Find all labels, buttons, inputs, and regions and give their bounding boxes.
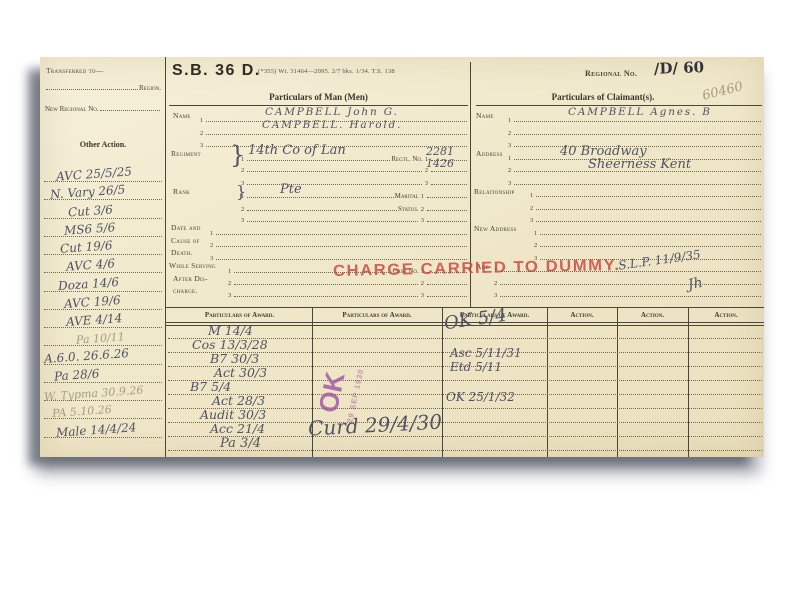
grid-column-divider xyxy=(617,307,618,457)
rank-label: Rank xyxy=(173,188,190,196)
claimant-name-line-2: 2 xyxy=(506,131,762,136)
dotted-leader xyxy=(234,284,418,285)
row-number: 3 xyxy=(423,181,430,186)
rank-line-3: 33 xyxy=(239,218,468,223)
relationship-label: Relationship xyxy=(474,188,515,196)
dotted-leader xyxy=(540,246,761,247)
award-entry: Pa 3/4 xyxy=(220,437,261,450)
claimant-name-value: CAMPBELL Agnes. B xyxy=(568,107,712,118)
award-entry: Etd 5/11 xyxy=(450,361,502,373)
grid-top-rule xyxy=(165,307,764,308)
claimant-panel-title: Particulars of Claimant(s). xyxy=(478,93,728,102)
ruled-line xyxy=(44,218,162,219)
dotted-leader xyxy=(431,171,467,172)
row-number: 2 xyxy=(419,281,426,286)
row-number: 2 xyxy=(419,207,426,212)
award-entry: Act 28/3 xyxy=(212,395,265,408)
dotted-leader xyxy=(427,197,467,198)
row-number: 3 xyxy=(506,143,513,148)
award-entry: B7 5/4 xyxy=(190,381,231,394)
row-number: 3 xyxy=(226,293,233,298)
dotted-leader xyxy=(536,196,761,197)
dotted-leader xyxy=(216,234,467,235)
new-address-line-1: 1 xyxy=(532,231,762,236)
award-note: Curd 29/4/30 xyxy=(308,412,443,439)
charge-carried-stamp: CHARGE CARRIED TO DUMMY. xyxy=(333,258,621,280)
age-line-2: 2 xyxy=(492,281,762,286)
dotted-leader xyxy=(100,110,160,111)
dotted-leader xyxy=(247,221,418,222)
action-column-header: Action. xyxy=(617,312,688,319)
row-number: 3 xyxy=(198,143,205,148)
rank-line-1: 1Marital1 xyxy=(239,193,468,199)
dotted-leader xyxy=(216,259,467,260)
record-card: Transferred to— Region. New Regional No.… xyxy=(40,57,764,457)
row-number: 1 xyxy=(506,156,513,161)
relationship-line-3: 3 xyxy=(528,218,762,223)
death-line-2: 2 xyxy=(208,243,468,248)
row-number: 3 xyxy=(492,293,499,298)
row-number: 2 xyxy=(506,168,513,173)
other-action-entry: AVE 4/14 xyxy=(66,312,123,328)
man-name-1: CAMPBELL John G. xyxy=(265,107,399,118)
after-discharge-label-1: After Dis- xyxy=(173,275,208,283)
regiment-line-3: 33 xyxy=(239,181,468,186)
regional-no-value: /D/ 60 xyxy=(654,60,705,77)
date-and-label: Date and xyxy=(171,224,201,232)
other-action-entry: Cut 3/6 xyxy=(68,203,114,218)
row-number: 3 xyxy=(528,218,535,223)
dotted-leader xyxy=(206,134,467,135)
dotted-leader xyxy=(247,160,390,161)
row-number: 1 xyxy=(198,118,205,123)
serving-line-2: 22 xyxy=(226,281,468,286)
other-action-entry: PA 5.10.26 xyxy=(52,404,112,419)
name-line-2: 2 xyxy=(198,131,468,136)
row-number: 2 xyxy=(528,206,535,211)
dotted-leader xyxy=(234,296,418,297)
regtl-no-value-1: 2281 xyxy=(426,146,454,157)
address-line-3: 3 xyxy=(506,181,762,186)
rank-value: Pte xyxy=(280,183,302,196)
man-panel-title: Particulars of Man (Men) xyxy=(167,93,470,102)
ruled-line xyxy=(44,272,162,273)
other-action-entry: MS6 5/6 xyxy=(64,221,116,237)
death-line-1: 1 xyxy=(208,231,468,236)
award-entry: Cos 13/3/28 xyxy=(192,339,268,352)
award-entry: Audit 30/3 xyxy=(200,409,266,422)
serving-line-3: 33 xyxy=(226,293,468,298)
award-entry: Acc 21/4 xyxy=(210,423,265,436)
ruled-line xyxy=(44,236,162,237)
award-entry: Act 30/3 xyxy=(214,367,267,380)
dotted-leader xyxy=(216,246,467,247)
award-entry: Asc 5/11/31 xyxy=(450,347,522,359)
row-number: 2 xyxy=(506,131,513,136)
dotted-leader xyxy=(514,184,761,185)
award-entry: B7 30/3 xyxy=(210,353,259,366)
dotted-leader xyxy=(536,209,761,210)
new-address-label: New Address xyxy=(474,225,517,233)
row-number: 3 xyxy=(506,181,513,186)
relationship-line-1: 1 xyxy=(528,193,762,198)
rank-line-2: 2Status.2 xyxy=(239,206,468,212)
print-code: (*355) Wt. 31464—2095. 2/7 bks. 1/34. T.… xyxy=(258,69,395,76)
dotted-leader xyxy=(536,221,761,222)
regiment-label: Regiment xyxy=(171,150,201,158)
new-address-line-2: 2 xyxy=(532,243,762,248)
row-number: 2 xyxy=(532,243,539,248)
regtl-no-value-2: 1426 xyxy=(426,158,454,169)
other-action-entry: AVC 4/6 xyxy=(66,257,116,272)
relationship-line-2: 2 xyxy=(528,206,762,211)
new-regional-no-label: New Regional No. xyxy=(45,106,99,112)
ruled-line xyxy=(44,345,162,346)
award-column-header: Particulars of Award. xyxy=(167,312,312,319)
claimant-name-line-1: 1 xyxy=(506,118,762,123)
dotted-leader xyxy=(427,284,467,285)
row-number: 1 xyxy=(208,231,215,236)
dotted-leader xyxy=(540,234,761,235)
page-background: { "nums": {"n1": "1", "n2": "2", "n3": "… xyxy=(0,0,800,600)
dotted-leader xyxy=(427,210,467,211)
award-entry: OK 25/1/32 xyxy=(446,391,515,403)
row-number: 2 xyxy=(208,243,215,248)
dotted-leader xyxy=(46,89,138,90)
action-column-header: Action. xyxy=(688,312,764,319)
other-action-heading: Other Action. xyxy=(40,141,166,149)
award-entry-big: OK 5/4 xyxy=(443,307,508,334)
award-entry: M 14/4 xyxy=(208,325,253,338)
regtl-no-label: Regtl. No. xyxy=(391,156,422,162)
grid-column-divider xyxy=(688,307,689,457)
dotted-leader xyxy=(247,210,397,211)
new-regional-no-line: New Regional No. xyxy=(45,106,161,112)
ruled-line xyxy=(44,309,162,310)
while-serving-label: While Serving xyxy=(169,262,216,270)
grid-row-line xyxy=(168,380,762,381)
marital-label: Marital xyxy=(395,193,419,199)
dotted-leader xyxy=(500,284,761,285)
row-number: 2 xyxy=(226,281,233,286)
dotted-leader xyxy=(514,121,761,122)
dotted-leader xyxy=(427,221,467,222)
row-number: 1 xyxy=(532,231,539,236)
ruled-line xyxy=(44,327,162,328)
grid-column-divider xyxy=(442,307,443,457)
regiment-value: 14th Co of Lan xyxy=(248,144,346,157)
after-discharge-label-2: charge. xyxy=(173,287,198,295)
row-number: 3 xyxy=(239,218,246,223)
row-number: 1 xyxy=(239,194,246,199)
award-column-header: Particulars of Award. xyxy=(312,312,442,319)
dotted-leader xyxy=(500,296,761,297)
death-label: Death. xyxy=(171,249,193,257)
dotted-leader xyxy=(431,184,467,185)
row-number: 1 xyxy=(419,194,426,199)
name-label: Name xyxy=(173,112,191,120)
form-number: S.B. 36 D. xyxy=(172,63,261,79)
cause-of-label: Cause of xyxy=(171,237,200,245)
status-label: Status. xyxy=(398,206,419,212)
dotted-leader xyxy=(514,134,761,135)
row-number: 2 xyxy=(239,207,246,212)
row-number: 1 xyxy=(239,157,246,162)
other-action-entry: AVC 19/6 xyxy=(64,294,121,310)
dotted-leader xyxy=(247,171,422,172)
region-line: Region. xyxy=(45,85,161,91)
row-number: 3 xyxy=(419,218,426,223)
dotted-leader xyxy=(247,184,422,185)
transferred-to-label: Transferred to— xyxy=(46,67,104,75)
other-action-entry: Cut 19/6 xyxy=(60,239,113,255)
other-action-entry: A.6.0. 26.6.26 xyxy=(44,347,130,365)
panel-divider xyxy=(165,57,166,457)
other-action-entry: Pa 10/11 xyxy=(76,331,125,345)
age-line-3: 3 xyxy=(492,293,762,298)
other-action-entry: Pa 28/6 xyxy=(54,367,100,382)
initials-annotation: Jh xyxy=(687,276,704,292)
man-name-2: CAMPBELL. Harold. xyxy=(262,120,402,131)
brace-mark: } xyxy=(230,143,245,167)
claimant-name-label: Name xyxy=(476,112,494,120)
dotted-leader xyxy=(427,296,467,297)
row-number: 2 xyxy=(239,168,246,173)
regional-no-label: Regional No. xyxy=(585,70,637,78)
row-number: 2 xyxy=(492,281,499,286)
action-column-header: Action. xyxy=(547,312,617,319)
address-label: Address xyxy=(476,150,503,158)
row-number: 3 xyxy=(419,293,426,298)
grid-column-divider xyxy=(547,307,548,457)
row-number: 1 xyxy=(528,193,535,198)
row-number: 2 xyxy=(198,131,205,136)
region-label: Region. xyxy=(139,85,161,91)
dotted-leader xyxy=(247,197,393,198)
row-number: 1 xyxy=(506,118,513,123)
row-number: 1 xyxy=(226,269,233,274)
other-action-entry: Doza 14/6 xyxy=(58,276,120,292)
address-value-2: Sheerness Kent xyxy=(588,158,691,171)
